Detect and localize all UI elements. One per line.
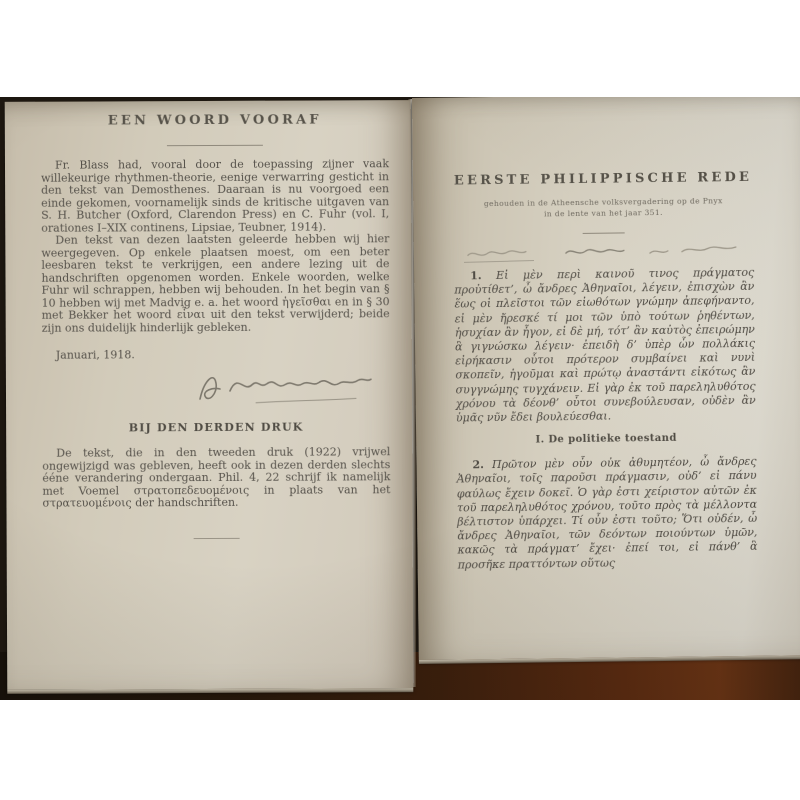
greek-text-2: Πρῶτον μὲν οὖν οὐκ ἀθυμητέον, ὦ ἄνδρες Ἀ… — [457, 455, 758, 571]
foreword-paragraph-2: Den tekst van dezen laatsten geleerde he… — [41, 233, 389, 335]
left-page: EEN WOORD VOORAF Fr. Blass had, vooral d… — [5, 100, 414, 690]
foreword-title: EEN WOORD VOORAF — [41, 112, 389, 129]
left-page-content: EEN WOORD VOORAF Fr. Blass had, vooral d… — [41, 106, 391, 539]
book-photo: EEN WOORD VOORAF Fr. Blass had, vooral d… — [0, 97, 800, 700]
right-page-content: EERSTE PHILIPPISCHE REDE gehouden in de … — [453, 164, 758, 572]
section-end-rule — [194, 537, 240, 538]
third-print-paragraph: De tekst, die in den tweeden druk (1922)… — [42, 446, 390, 510]
paragraph-number-2: 2. — [472, 458, 484, 471]
right-page: EERSTE PHILIPPISCHE REDE gehouden in de … — [412, 97, 800, 660]
foreword-paragraph-1: Fr. Blass had, vooral door de toepassing… — [41, 158, 389, 235]
signature-area — [42, 360, 390, 418]
pencil-annotation — [454, 240, 754, 268]
greek-paragraph-1: 1. Εἰ μὲν περὶ καινοῦ τινος πράγματος πρ… — [454, 266, 756, 426]
subtitle-rule — [583, 232, 625, 234]
section-heading: I. De politieke toestand — [456, 432, 756, 447]
pencil-annotation-scribble — [454, 240, 754, 268]
third-print-heading: BIJ DEN DERDEN DRUK — [42, 420, 390, 435]
author-signature-scribble — [190, 362, 380, 411]
greek-paragraph-2: 2. Πρῶτον μὲν οὖν οὐκ ἀθυμητέον, ὦ ἄνδρε… — [456, 455, 757, 572]
greek-text-1: Εἰ μὲν περὶ καινοῦ τινος πράγματος προὐτ… — [454, 266, 756, 425]
paragraph-number-1: 1. — [470, 269, 482, 282]
title-rule — [167, 145, 263, 146]
speech-title: EERSTE PHILIPPISCHE REDE — [453, 170, 753, 189]
